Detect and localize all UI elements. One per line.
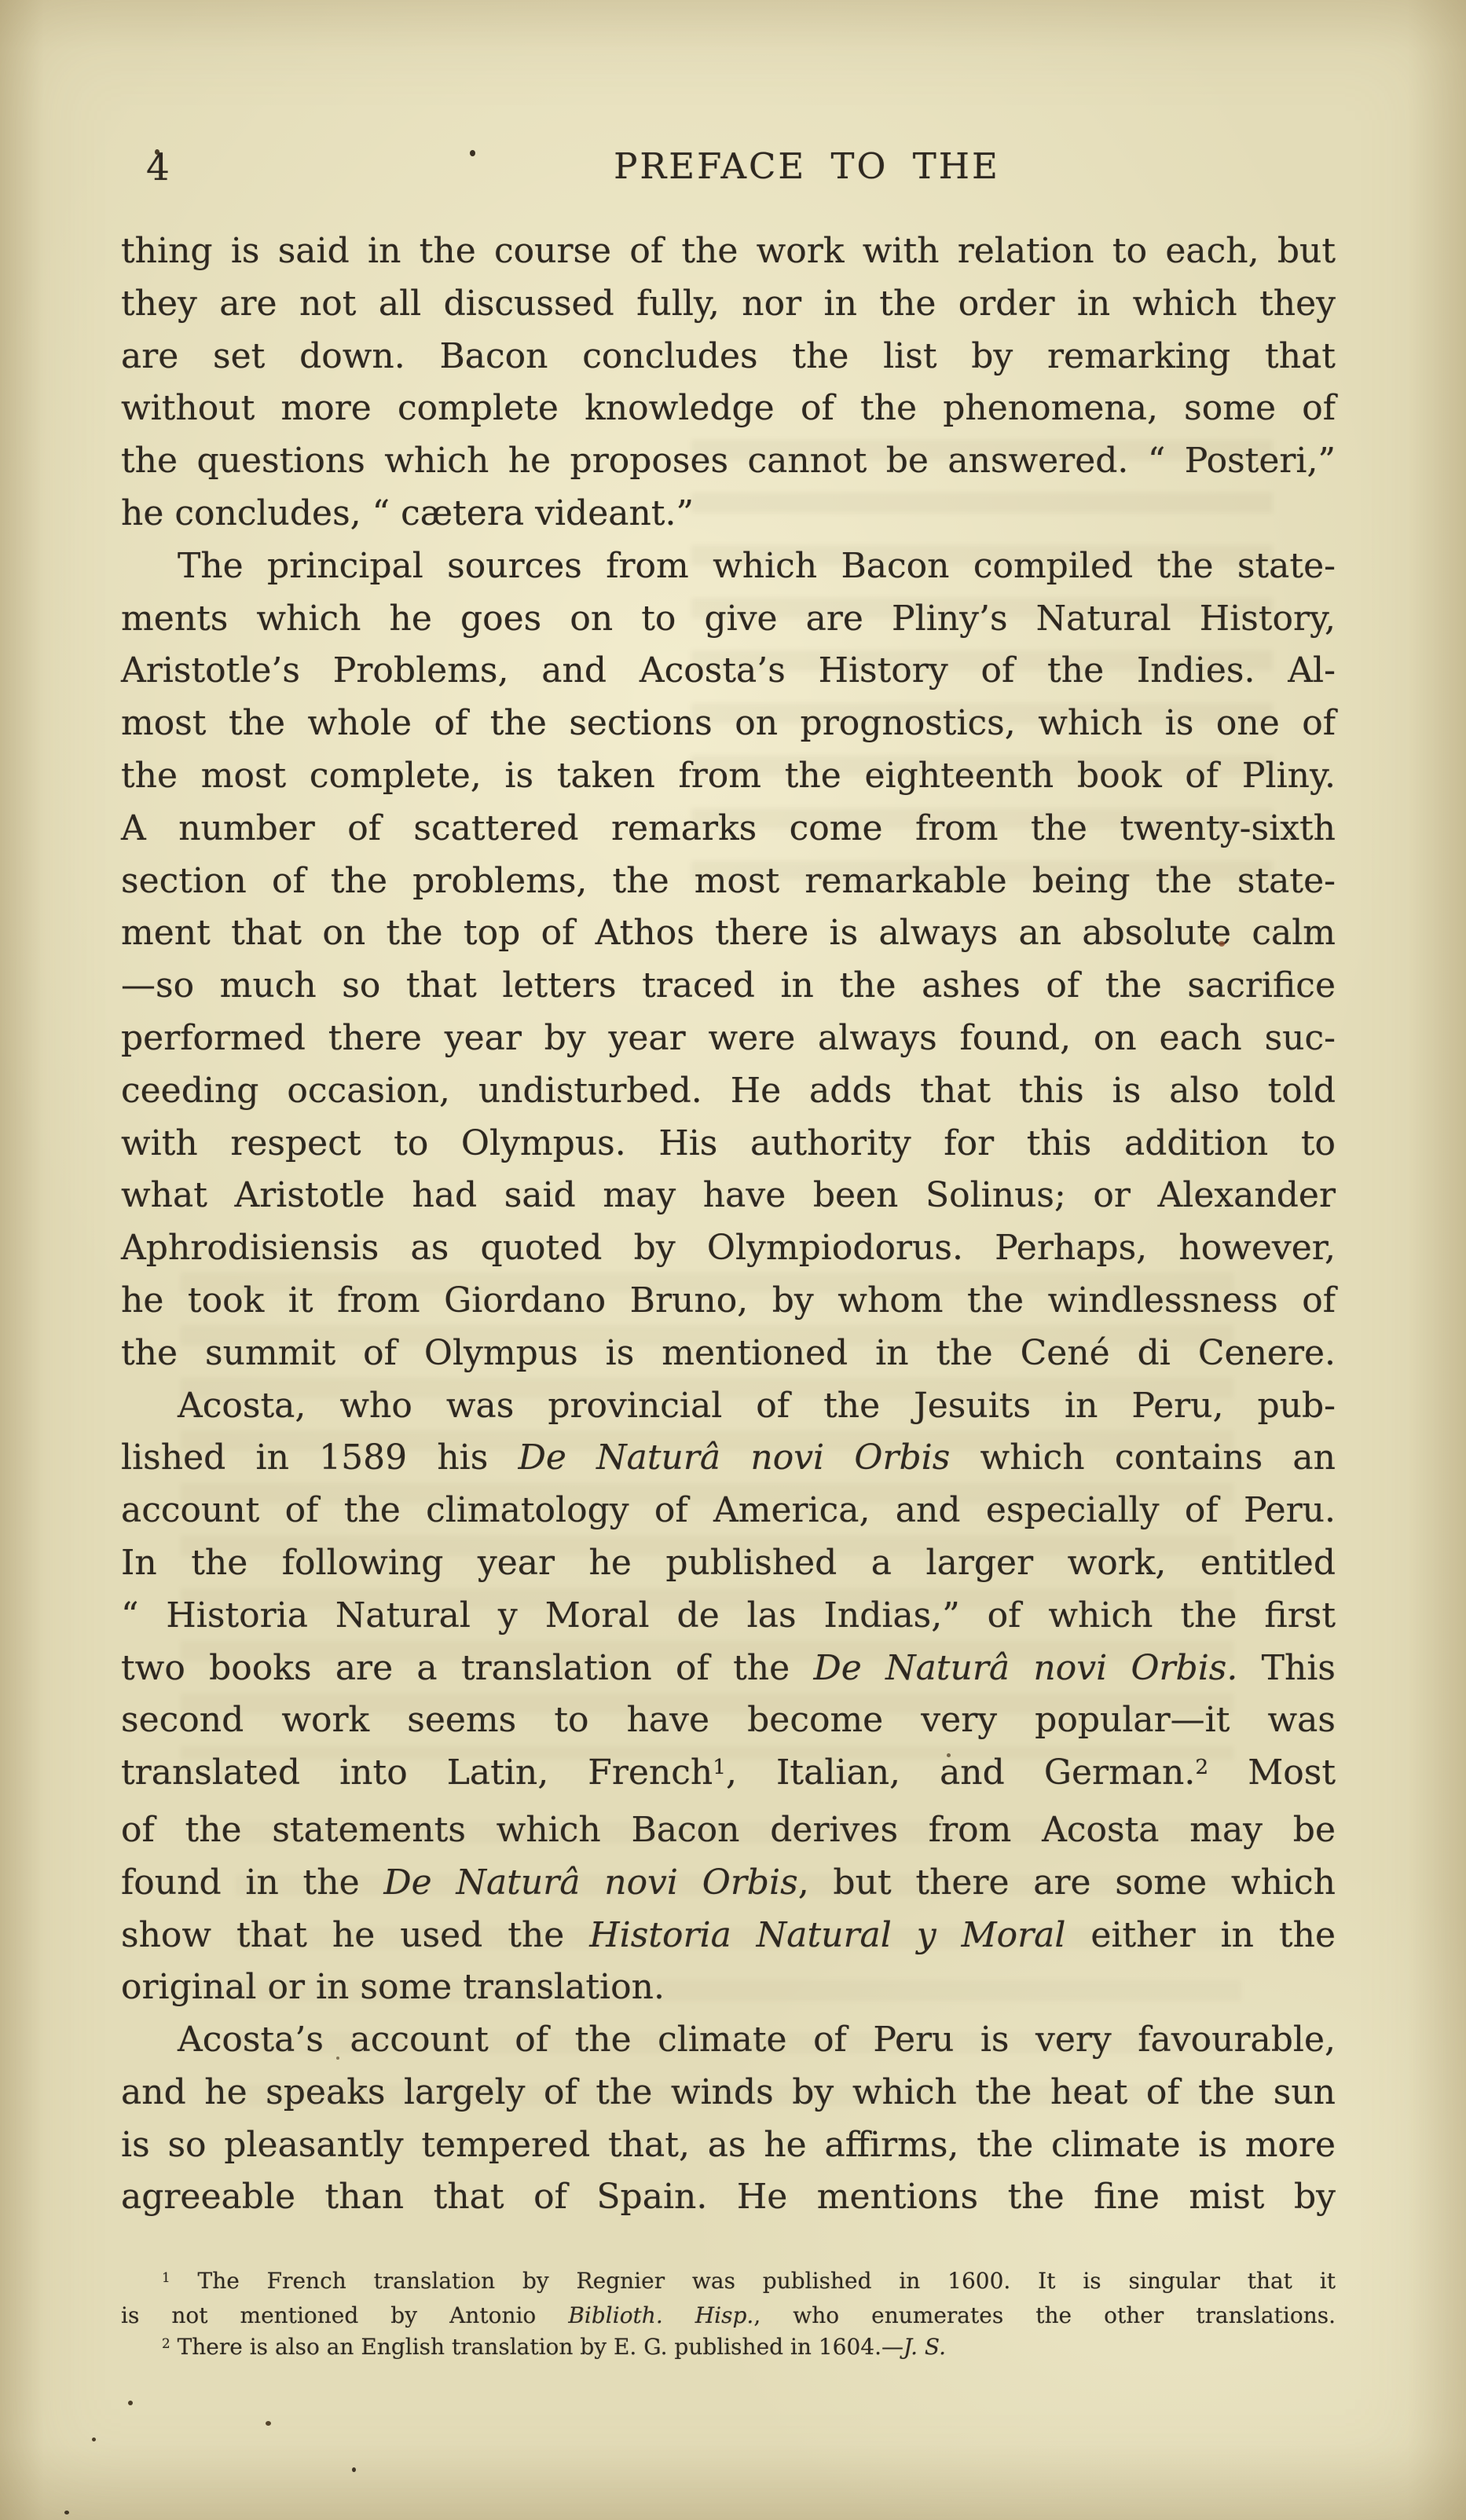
body-text-line: two books are a translation of the De Na… (121, 1643, 1336, 1695)
footnote-line: is not mentioned by Antonio Biblioth. Hi… (121, 2300, 1336, 2332)
body-text-line: translated into Latin, French1, Italian,… (121, 1747, 1336, 1804)
body-text-line: lished in 1589 his De Naturâ novi Orbis … (121, 1432, 1336, 1485)
body-text-line: he took it from Giordano Bruno, by whom … (121, 1275, 1336, 1328)
body-text-line: section of the problems, the most remark… (121, 855, 1336, 908)
page-number: 4 (146, 149, 170, 186)
footnote-line: 2 There is also an English translation b… (121, 2331, 1336, 2366)
body-text-line: Acosta’s account of the climate of Peru … (121, 2014, 1336, 2067)
body-text-line: the summit of Olympus is mentioned in th… (121, 1328, 1336, 1380)
body-text-line: they are not all discussed fully, nor in… (121, 278, 1336, 331)
paper-speck (128, 2401, 133, 2405)
body-text-line: with respect to Olympus. His authority f… (121, 1118, 1336, 1170)
body-text-line: A number of scattered remarks come from … (121, 803, 1336, 855)
body-text-line: thing is said in the course of the work … (121, 225, 1336, 278)
body-text-line: original or in some translation. (121, 1961, 1336, 2014)
body-text-line: agreeable than that of Spain. He mention… (121, 2171, 1336, 2224)
body-text-line: most the whole of the sections on progno… (121, 698, 1336, 750)
body-text-line: second work seems to have become very po… (121, 1694, 1336, 1747)
body-text-line: The principal sources from which Bacon c… (121, 540, 1336, 593)
body-text-line: the questions which he proposes cannot b… (121, 435, 1336, 488)
body-text-line: are set down. Bacon concludes the list b… (121, 331, 1336, 383)
body-text-line: performed there year by year were always… (121, 1013, 1336, 1065)
paper-speck (92, 2438, 96, 2441)
footnote-line: 1 The French translation by Regnier was … (121, 2265, 1336, 2300)
body-text-line: ment that on the top of Athos there is a… (121, 907, 1336, 960)
body-text-line: and he speaks largely of the winds by wh… (121, 2067, 1336, 2119)
body-text-line: Acosta, who was provincial of the Jesuit… (121, 1380, 1336, 1433)
body-text-line: he concludes, “ cætera videant.” (121, 488, 1336, 540)
book-page: 4 PREFACE TO THE thing is said in the co… (0, 0, 1466, 2520)
paper-speck (64, 2511, 69, 2515)
body-text-line: found in the De Naturâ novi Orbis, but t… (121, 1857, 1336, 1910)
body-text-line: Aphrodisiensis as quoted by Olympiodorus… (121, 1222, 1336, 1275)
body-text-line: what Aristotle had said may have been So… (121, 1170, 1336, 1222)
body-text-line: Aristotle’s Problems, and Acosta’s Histo… (121, 645, 1336, 698)
body-text: thing is said in the course of the work … (121, 225, 1336, 2224)
paper-speck (266, 2421, 271, 2426)
body-text-line: ceeding occasion, undisturbed. He adds t… (121, 1065, 1336, 1118)
body-text-line: In the following year he published a lar… (121, 1537, 1336, 1590)
footnotes: 1 The French translation by Regnier was … (121, 2265, 1336, 2366)
body-text-line: “ Historia Natural y Moral de las Indias… (121, 1590, 1336, 1643)
body-text-line: the most complete, is taken from the eig… (121, 750, 1336, 803)
body-text-line: of the statements which Bacon derives fr… (121, 1804, 1336, 1857)
running-header: PREFACE TO THE (200, 148, 1413, 184)
body-text-line: account of the climatology of America, a… (121, 1485, 1336, 1537)
body-text-line: is so pleasantly tempered that, as he af… (121, 2119, 1336, 2172)
paper-speck (352, 2467, 356, 2472)
body-text-line: without more complete knowledge of the p… (121, 383, 1336, 435)
body-text-line: ments which he goes on to give are Pliny… (121, 593, 1336, 646)
body-text-line: —so much so that letters traced in the a… (121, 960, 1336, 1013)
body-text-line: show that he used the Historia Natural y… (121, 1910, 1336, 1962)
